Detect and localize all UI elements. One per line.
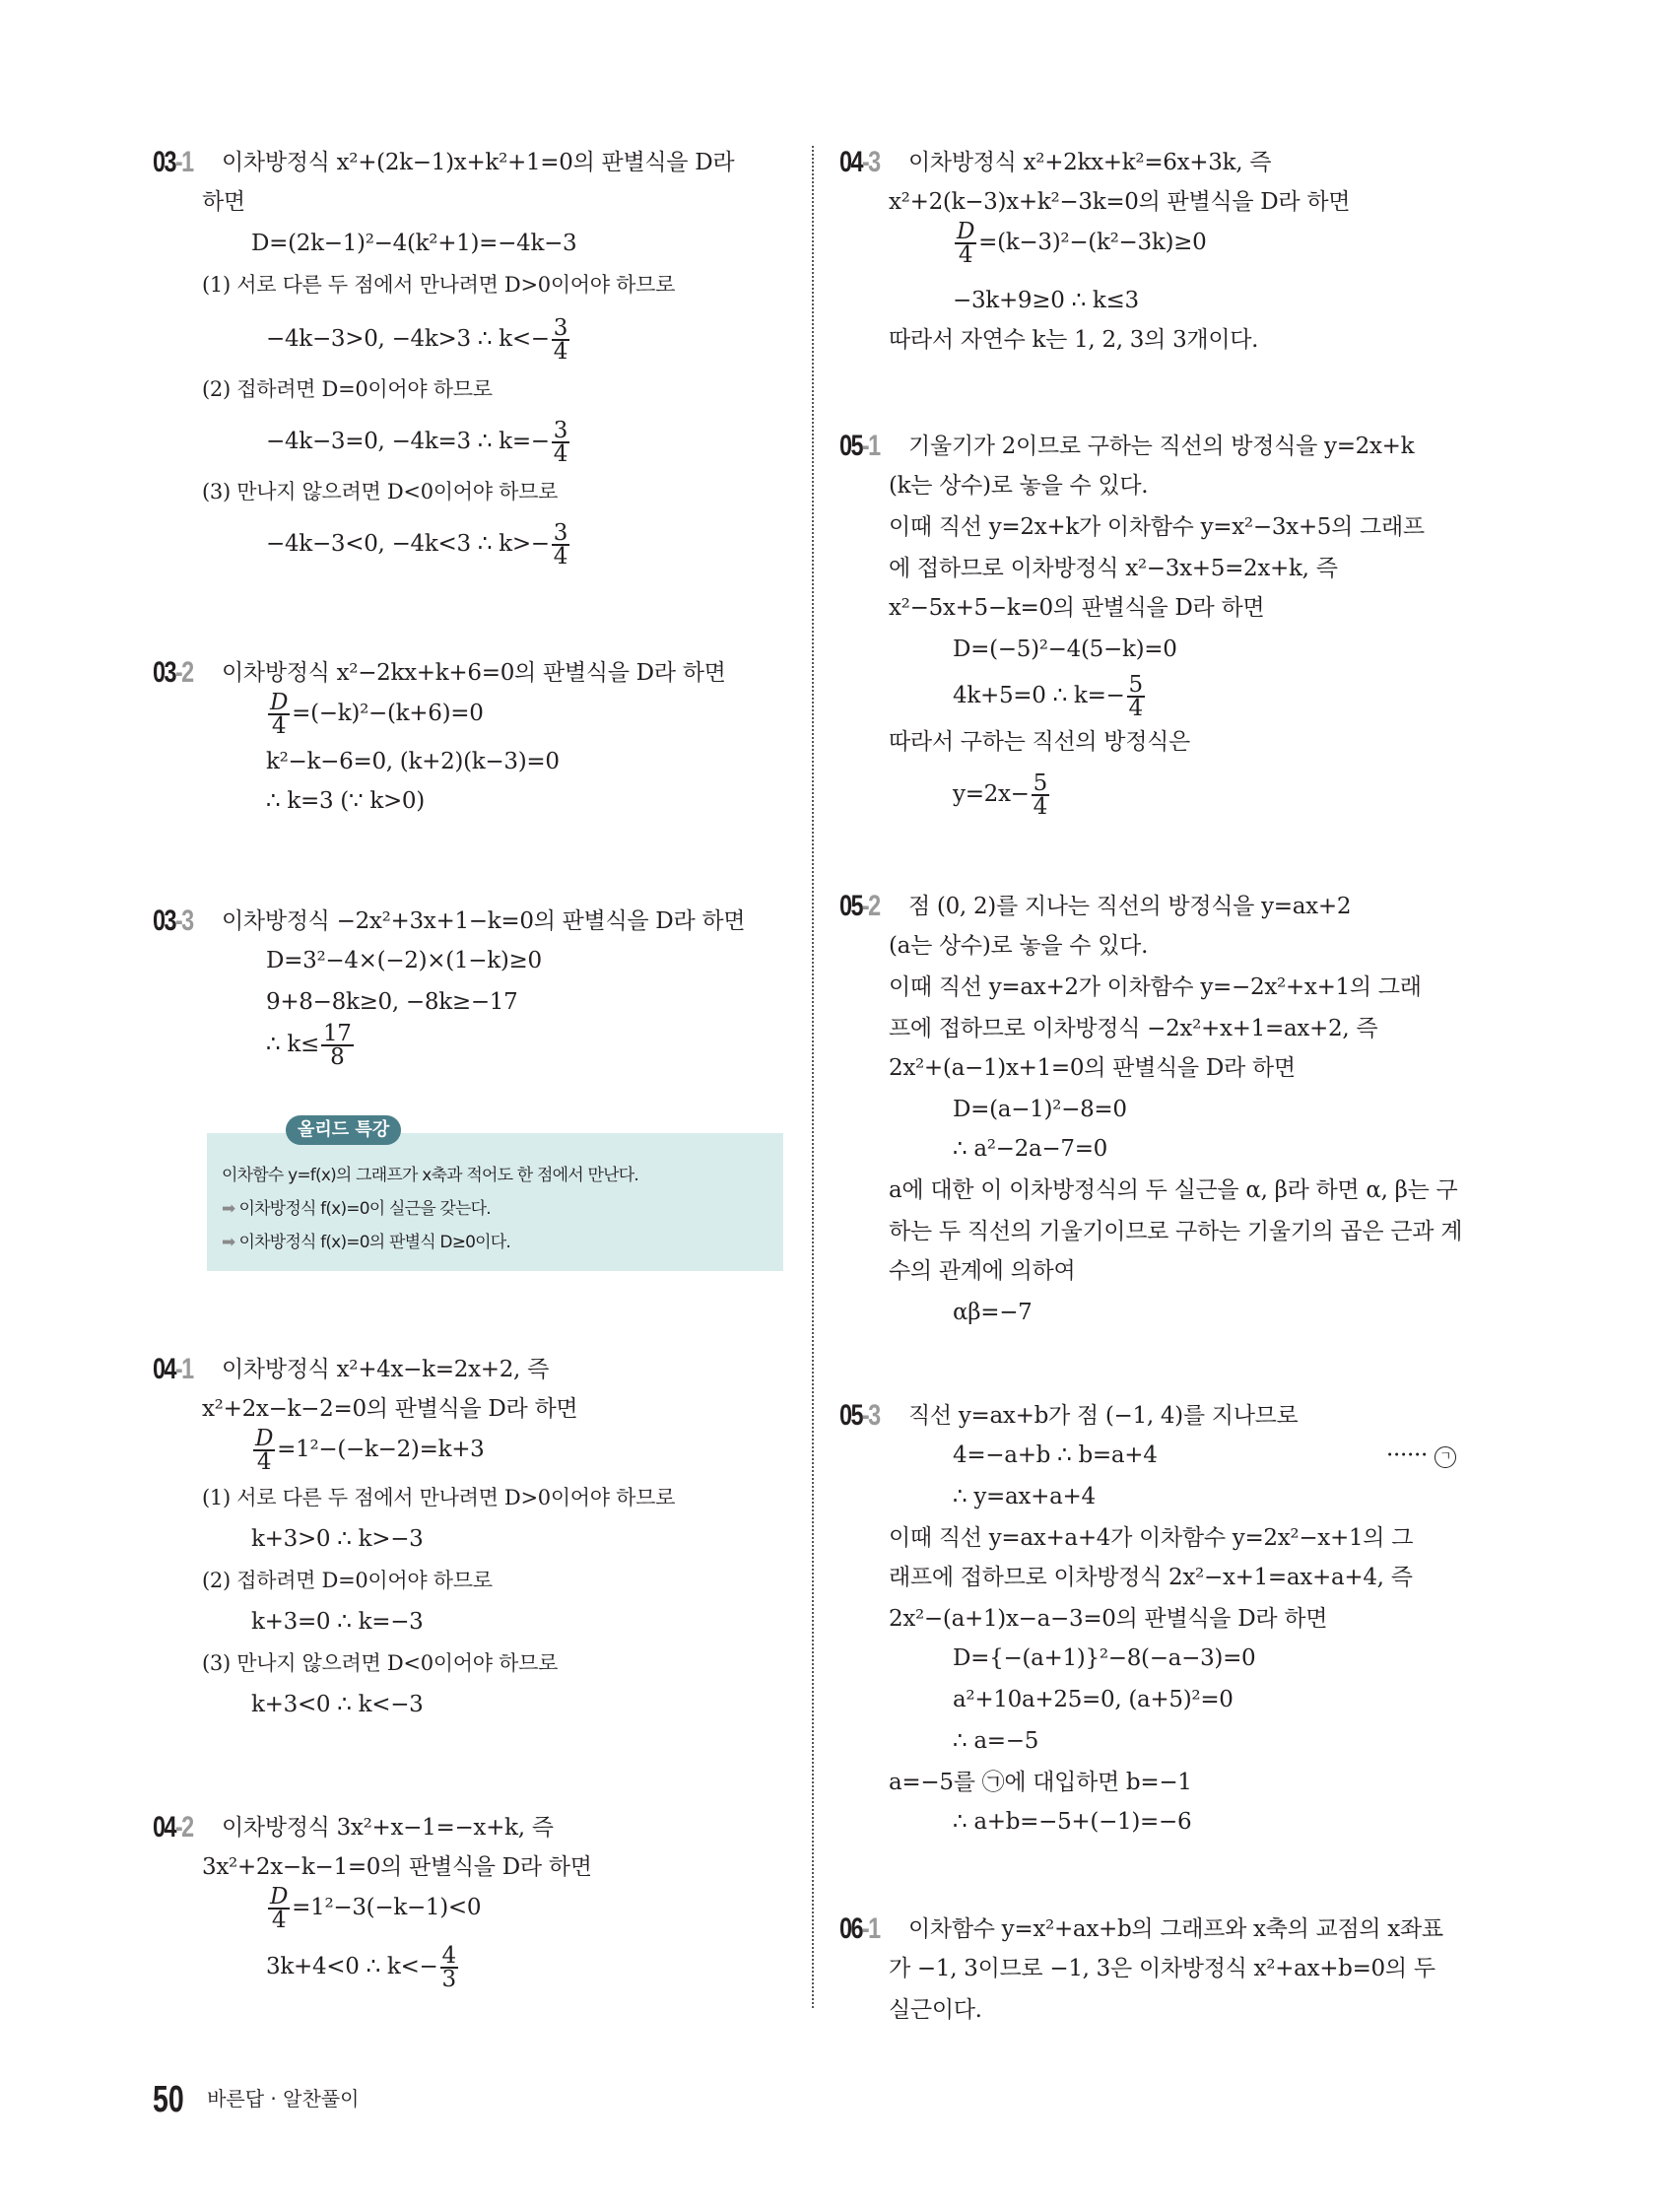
- solution-line: 이때 직선 y=ax+2가 이차함수 y=−2x²+x+1의 그래: [889, 972, 1422, 1002]
- equation-text: ∴ k≤: [266, 1032, 319, 1057]
- equation-text: y=2x−: [953, 781, 1030, 807]
- problem-number: 03-2: [153, 656, 193, 690]
- solution-line: (2) 접하려면 D=0이어야 하므로: [202, 374, 493, 404]
- problem-number-main: 04: [153, 1811, 175, 1843]
- denominator: 4: [1127, 698, 1145, 719]
- problem-number-sub: -1: [862, 430, 880, 462]
- problem-number-sub: -2: [175, 656, 193, 689]
- solution-line: 이차함수 y=x²+ax+b의 그래프와 x축의 교점의 x좌표: [908, 1914, 1443, 1944]
- equation-line: ∴ k≤178: [266, 1023, 356, 1068]
- solution-line: 2x²+(a−1)x+1=0의 판별식을 D라 하면: [889, 1053, 1296, 1083]
- problem-number: 04-3: [839, 146, 880, 179]
- solution-line: 하면: [202, 187, 245, 217]
- equation-line: D=(a−1)²−8=0: [953, 1095, 1127, 1124]
- numerator: D: [955, 221, 976, 244]
- callout-line: ➡이차방정식 f(x)=0이 실근을 갖는다.: [222, 1194, 491, 1219]
- solution-line: (a는 상수)로 놓을 수 있다.: [889, 931, 1148, 961]
- footer-title: 바른답 · 알찬풀이: [207, 2087, 359, 2111]
- problem-number: 05-3: [839, 1399, 880, 1433]
- problem-number-sub: -2: [175, 1811, 193, 1843]
- equation-line: D=(2k−1)²−4(k²+1)=−4k−3: [251, 229, 576, 258]
- equation-line: D4=1²−(−k−2)=k+3: [251, 1428, 485, 1473]
- equation-text: 3k+4<0 ∴ k<−: [266, 1954, 438, 1979]
- equation-text: −4k−3=0, −4k=3 ∴ k=−: [266, 429, 550, 454]
- solution-line: 이때 직선 y=ax+a+4가 이차함수 y=2x²−x+1의 그: [889, 1523, 1413, 1553]
- numerator: D: [268, 1886, 290, 1910]
- equation-line: D4=(−k)²−(k+6)=0: [266, 692, 484, 737]
- numerator: 17: [321, 1023, 354, 1046]
- equation-line: ∴ a²−2a−7=0: [953, 1134, 1107, 1164]
- arrow-right-icon: ➡: [222, 1233, 234, 1252]
- problem-number-main: 04: [153, 1353, 175, 1385]
- problem-number-main: 04: [839, 146, 862, 178]
- equation-line: 9+8−8k≥0, −8k≥−17: [266, 987, 517, 1017]
- solution-line: 이차방정식 −2x²+3x+1−k=0의 판별식을 D라 하면: [222, 906, 745, 936]
- equation-line: D=3²−4×(−2)×(1−k)≥0: [266, 946, 542, 975]
- callout-badge: 올리드 특강: [286, 1115, 401, 1145]
- numerator: 3: [552, 420, 569, 443]
- equation-line: k+3=0 ∴ k=−3: [251, 1607, 424, 1637]
- solution-line: (1) 서로 다른 두 점에서 만나려면 D>0이어야 하므로: [202, 270, 675, 300]
- denominator: 8: [321, 1046, 354, 1068]
- equation-line: k+3>0 ∴ k>−3: [251, 1524, 424, 1554]
- solution-line: x²−5x+5−k=0의 판별식을 D라 하면: [889, 593, 1264, 623]
- problem-number-main: 05: [839, 1399, 862, 1432]
- denominator: 4: [552, 341, 569, 363]
- solution-line: 프에 접하므로 이차방정식 −2x²+x+1=ax+2, 즉: [889, 1014, 1377, 1043]
- numerator: 3: [552, 317, 569, 341]
- solution-line: 이차방정식 x²+4x−k=2x+2, 즉: [222, 1355, 549, 1384]
- equation-line: −4k−3>0, −4k>3 ∴ k<−34: [266, 317, 571, 363]
- solution-line: 하는 두 직선의 기울기이므로 구하는 기울기의 곱은 근과 계: [889, 1217, 1462, 1246]
- numerator: 4: [440, 1945, 458, 1969]
- solution-line: 3x²+2x−k−1=0의 판별식을 D라 하면: [202, 1852, 592, 1882]
- equation-line: D4=1²−3(−k−1)<0: [266, 1886, 481, 1931]
- solution-line: 가 −1, 3이므로 −1, 3은 이차방정식 x²+ax+b=0의 두: [889, 1954, 1435, 1983]
- equation-text: =(−k)²−(k+6)=0: [292, 701, 483, 726]
- equation-line: D4=(k−3)²−(k²−3k)≥0: [953, 221, 1206, 266]
- denominator: 4: [955, 244, 976, 266]
- denominator: 4: [1032, 796, 1049, 818]
- solution-line: 이차방정식 x²+(2k−1)x+k²+1=0의 판별식을 D라: [222, 148, 734, 177]
- problem-number: 05-1: [839, 430, 880, 463]
- callout-text: 이차방정식 f(x)=0의 판별식 D≥0이다.: [238, 1233, 510, 1252]
- equation-line: k+3<0 ∴ k<−3: [251, 1690, 424, 1719]
- equation-line: −4k−3<0, −4k<3 ∴ k>−34: [266, 522, 571, 568]
- equation-line: ∴ y=ax+a+4: [953, 1482, 1096, 1511]
- solution-line: 실근이다.: [889, 1995, 982, 2025]
- problem-number-main: 06: [839, 1912, 862, 1945]
- callout-line: 이차함수 y=f(x)의 그래프가 x축과 적어도 한 점에서 만난다.: [222, 1161, 638, 1185]
- solution-line: (3) 만나지 않으려면 D<0이어야 하므로: [202, 477, 558, 506]
- problem-number: 04-2: [153, 1811, 193, 1844]
- circled-marker-icon: ㄱ: [1434, 1446, 1456, 1468]
- equation-text: −4k−3>0, −4k>3 ∴ k<−: [266, 326, 550, 352]
- column-divider: [812, 146, 814, 2008]
- solution-line: (2) 접하려면 D=0이어야 하므로: [202, 1566, 493, 1595]
- solution-line: 래프에 접하므로 이차방정식 2x²−x+1=ax+a+4, 즉: [889, 1563, 1413, 1592]
- callout-text: 이차방정식 f(x)=0이 실근을 갖는다.: [238, 1199, 490, 1219]
- solution-line: 이차방정식 3x²+x−1=−x+k, 즉: [222, 1813, 554, 1843]
- problem-number-sub: -1: [175, 146, 193, 178]
- denominator: 4: [552, 443, 569, 465]
- problem-number-main: 03: [153, 656, 175, 689]
- solution-line: 기울기가 2이므로 구하는 직선의 방정식을 y=2x+k: [908, 432, 1414, 461]
- problem-number-sub: -2: [862, 890, 880, 922]
- equation-text: −4k−3<0, −4k<3 ∴ k>−: [266, 531, 550, 557]
- fraction: 43: [440, 1945, 458, 1990]
- equation-line: k²−k−6=0, (k+2)(k−3)=0: [266, 747, 560, 776]
- solution-line: (3) 만나지 않으려면 D<0이어야 하므로: [202, 1648, 558, 1678]
- fraction: 34: [552, 317, 569, 363]
- denominator: 4: [552, 546, 569, 568]
- problem-number-sub: -3: [862, 146, 880, 178]
- solution-line: a에 대한 이 이차방정식의 두 실근을 α, β라 하면 α, β는 구: [889, 1175, 1457, 1205]
- problem-number-main: 03: [153, 905, 175, 937]
- numerator: 3: [552, 522, 569, 546]
- fraction: D4: [955, 221, 976, 266]
- fraction: 178: [321, 1023, 354, 1068]
- equation-line: D=(−5)²−4(5−k)=0: [953, 635, 1177, 664]
- numerator: 5: [1127, 674, 1145, 698]
- denominator: 3: [440, 1969, 458, 1990]
- solution-line: 2x²−(a+1)x−a−3=0의 판별식을 D라 하면: [889, 1604, 1327, 1634]
- denominator: 4: [268, 715, 290, 737]
- fraction: 54: [1127, 674, 1145, 719]
- fraction: 34: [552, 420, 569, 465]
- solution-line: 수의 관계에 의하여: [889, 1256, 1075, 1286]
- problem-number-sub: -1: [175, 1353, 193, 1385]
- solution-line: x²+2(k−3)x+k²−3k=0의 판별식을 D라 하면: [889, 187, 1350, 217]
- denominator: 4: [268, 1910, 290, 1931]
- equation-text: =1²−(−k−2)=k+3: [277, 1437, 484, 1462]
- equation-line: αβ=−7: [953, 1298, 1033, 1327]
- equation-line: 4k+5=0 ∴ k=−54: [953, 674, 1147, 719]
- equation-line: D={−(a+1)}²−8(−a−3)=0: [953, 1643, 1255, 1673]
- denominator: 4: [253, 1451, 275, 1473]
- solution-line: (k는 상수)로 놓을 수 있다.: [889, 471, 1148, 501]
- solution-line: 이차방정식 x²−2kx+k+6=0의 판별식을 D라 하면: [222, 658, 726, 688]
- numerator: 5: [1032, 772, 1049, 796]
- problem-number: 03-3: [153, 905, 193, 938]
- problem-number-main: 03: [153, 146, 175, 178]
- problem-number: 04-1: [153, 1353, 193, 1386]
- equation-line: ∴ a=−5: [953, 1726, 1038, 1756]
- page-footer: 50 바른답 · 알찬풀이: [153, 2079, 359, 2121]
- equation-line: y=2x−54: [953, 772, 1051, 818]
- numerator: D: [268, 692, 290, 715]
- solution-line: 따라서 자연수 k는 1, 2, 3의 3개이다.: [889, 325, 1258, 355]
- fraction: 34: [552, 522, 569, 568]
- equation-line: −3k+9≥0 ∴ k≤3: [953, 286, 1139, 315]
- equation-text: =(k−3)²−(k²−3k)≥0: [978, 230, 1206, 255]
- fraction: 54: [1032, 772, 1049, 818]
- numerator: D: [253, 1428, 275, 1451]
- dots: ······: [1386, 1442, 1428, 1468]
- problem-number: 05-2: [839, 890, 880, 923]
- equation-text: 4k+5=0 ∴ k=−: [953, 683, 1125, 708]
- solution-line: 따라서 구하는 직선의 방정식은: [889, 727, 1190, 757]
- solution-line: 이때 직선 y=2x+k가 이차함수 y=x²−3x+5의 그래프: [889, 512, 1425, 542]
- fraction: D4: [253, 1428, 275, 1473]
- page-number: 50: [153, 2079, 182, 2121]
- callout-line: ➡이차방정식 f(x)=0의 판별식 D≥0이다.: [222, 1228, 510, 1252]
- equation-text: =1²−3(−k−1)<0: [292, 1895, 481, 1920]
- equation-line: a²+10a+25=0, (a+5)²=0: [953, 1685, 1234, 1714]
- problem-number-main: 05: [839, 890, 862, 922]
- problem-number-sub: -3: [175, 905, 193, 937]
- problem-number-sub: -3: [862, 1399, 880, 1432]
- solution-line: a=−5를 ㉠에 대입하면 b=−1: [889, 1768, 1192, 1797]
- fraction: D4: [268, 692, 290, 737]
- equation-line: ∴ a+b=−5+(−1)=−6: [953, 1807, 1191, 1837]
- tip-callout-box: 올리드 특강 이차함수 y=f(x)의 그래프가 x축과 적어도 한 점에서 만…: [207, 1133, 783, 1271]
- problem-number-sub: -1: [862, 1912, 880, 1945]
- equation-marker: ······ ㄱ: [1386, 1441, 1456, 1470]
- solution-line: x²+2x−k−2=0의 판별식을 D라 하면: [202, 1394, 577, 1424]
- solution-line: 에 접하므로 이차방정식 x²−3x+5=2x+k, 즉: [889, 554, 1338, 583]
- equation-line: 4=−a+b ∴ b=a+4: [953, 1441, 1158, 1470]
- equation-line: 3k+4<0 ∴ k<−43: [266, 1945, 460, 1990]
- solution-line: 이차방정식 x²+2kx+k²=6x+3k, 즉: [908, 148, 1271, 177]
- problem-number: 03-1: [153, 146, 193, 179]
- solution-line: 직선 y=ax+b가 점 (−1, 4)를 지나므로: [908, 1401, 1298, 1431]
- arrow-right-icon: ➡: [222, 1199, 234, 1219]
- fraction: D4: [268, 1886, 290, 1931]
- problem-number: 06-1: [839, 1912, 880, 1946]
- solution-line: 점 (0, 2)를 지나는 직선의 방정식을 y=ax+2: [908, 892, 1351, 921]
- problem-number-main: 05: [839, 430, 862, 462]
- equation-line: ∴ k=3 (∵ k>0): [266, 786, 425, 816]
- equation-line: −4k−3=0, −4k=3 ∴ k=−34: [266, 420, 571, 465]
- solution-line: (1) 서로 다른 두 점에서 만나려면 D>0이어야 하므로: [202, 1483, 675, 1512]
